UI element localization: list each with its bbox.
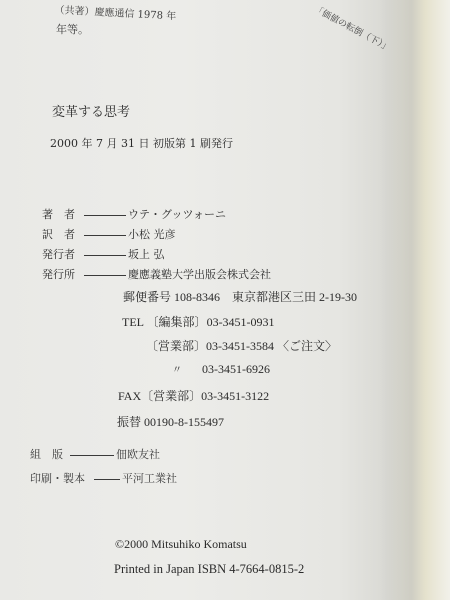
tel-editorial: TEL 〔編集部〕03-3451-0931	[122, 313, 275, 330]
credit-value: 坂上 弘	[128, 248, 165, 261]
postal-transfer: 振替 00190-8-155497	[117, 413, 224, 430]
department: 〔営業部〕	[146, 339, 206, 353]
credit-label: 発行者	[42, 246, 82, 262]
bio-fragment-text: （共著）慶應通信 1978 年	[54, 5, 176, 22]
leader-line	[70, 455, 114, 456]
production-label: 組 版	[30, 446, 68, 462]
page-curl-shadow	[380, 0, 450, 600]
production-printing: 印刷・製本平河工業社	[30, 470, 177, 486]
credit-label: 著 者	[42, 206, 82, 222]
credit-author: 著 者ウテ・グッツォーニ	[42, 206, 226, 222]
book-title: 変革する思考	[52, 101, 130, 120]
credit-publisher-company: 発行所慶應義塾大学出版会株式会社	[42, 266, 271, 282]
phone-number: 03-3451-3584	[206, 339, 274, 353]
credit-label: 訳 者	[42, 226, 82, 242]
leader-line	[84, 215, 126, 216]
tel-sales-2: 〃03-3451-6926	[172, 361, 270, 377]
tel-label: TEL	[122, 315, 144, 329]
postal-address: 郵便番号 108-8346 東京都港区三田 2-19-30	[123, 288, 357, 305]
credit-publisher-person: 発行者坂上 弘	[42, 246, 165, 262]
printed-isbn: Printed in Japan ISBN 4-7664-0815-2	[114, 562, 304, 577]
order-note: 〈ご注文〉	[277, 339, 337, 353]
bio-fragment-line-2: 年等。	[56, 21, 89, 37]
leader-line	[94, 479, 120, 480]
leader-line	[84, 275, 126, 276]
credit-value: ウテ・グッツォーニ	[128, 208, 226, 221]
production-typesetting: 組 版佃欧友社	[30, 446, 160, 462]
bio-fragment-line-1: （共著）慶應通信 1978 年	[54, 1, 176, 22]
copyright: ©2000 Mitsuhiko Komatsu	[115, 537, 247, 552]
ditto-mark: 〃	[172, 361, 202, 376]
production-label: 印刷・製本	[30, 470, 92, 486]
publication-date: 2000 年 7 月 31 日 初版第 1 刷発行	[50, 135, 233, 151]
leader-line	[84, 235, 126, 236]
fax-line: FAX〔営業部〕03-3451-3122	[118, 387, 269, 404]
production-value: 平河工業社	[122, 472, 177, 485]
credit-value: 小松 光彦	[128, 228, 176, 241]
production-value: 佃欧友社	[116, 448, 160, 461]
department: 〔編集部〕	[147, 315, 207, 329]
credit-translator: 訳 者小松 光彦	[42, 226, 176, 242]
phone-number: 03-3451-0931	[207, 315, 275, 329]
leader-line	[84, 255, 126, 256]
credit-label: 発行所	[42, 266, 82, 282]
credit-value: 慶應義塾大学出版会株式会社	[128, 268, 271, 281]
tel-sales-orders: 〔営業部〕03-3451-3584 〈ご注文〉	[146, 337, 337, 354]
phone-number: 03-3451-6926	[202, 362, 270, 376]
